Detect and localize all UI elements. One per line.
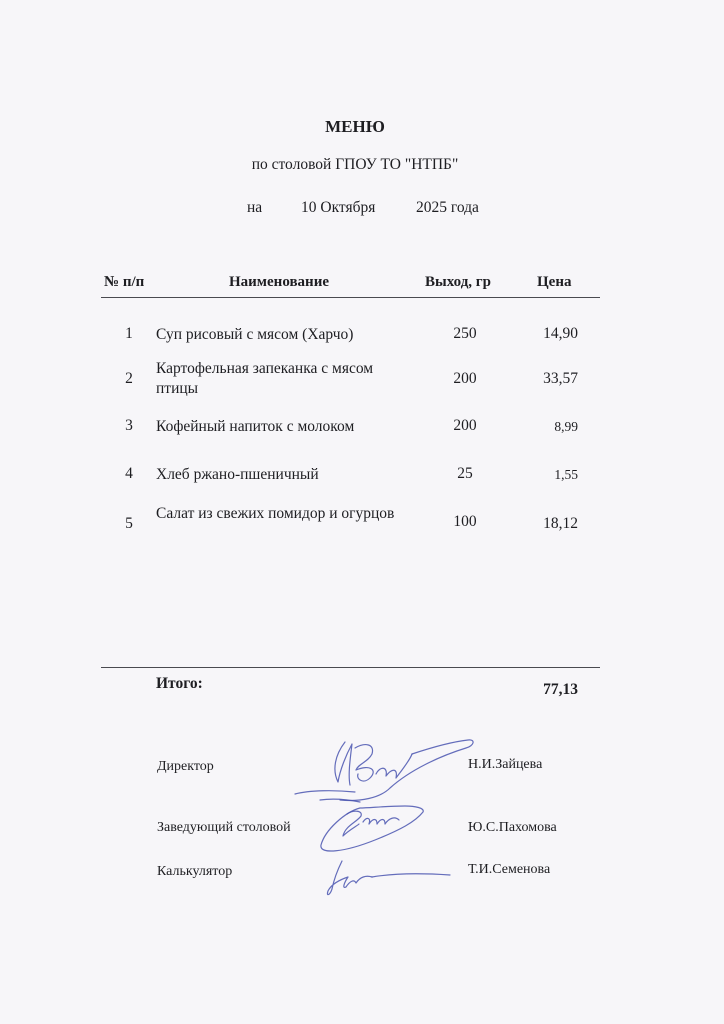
- total-divider: [101, 667, 600, 668]
- row-number: 1: [122, 325, 136, 343]
- row-number: 4: [122, 465, 136, 483]
- total-value: 77,13: [520, 681, 578, 699]
- row-price: 18,12: [520, 515, 578, 533]
- row-number: 3: [122, 417, 136, 435]
- document-subtitle: по столовой ГПОУ ТО "НТПБ": [0, 156, 710, 174]
- row-output: 250: [430, 325, 500, 343]
- row-name: Салат из свежих помидор и огурцов: [156, 504, 416, 524]
- calculator-signature-icon: [320, 855, 460, 900]
- row-name: Хлеб ржано-пшеничный: [156, 465, 416, 485]
- canteen-head-signature-icon: [315, 800, 455, 860]
- row-output: 200: [430, 417, 500, 435]
- date-prefix: на: [247, 199, 262, 217]
- header-number: № п/п: [104, 274, 144, 291]
- row-name: Кофейный напиток с молоком: [156, 417, 416, 437]
- signature-role: Директор: [157, 759, 214, 775]
- row-output: 200: [430, 370, 500, 388]
- date-day-month: 10 Октября: [301, 199, 375, 217]
- header-output: Выход, гр: [425, 274, 491, 291]
- row-price: 8,99: [520, 419, 578, 435]
- row-number: 5: [122, 515, 136, 533]
- document-title: МЕНЮ: [0, 117, 710, 137]
- header-name: Наименование: [229, 274, 329, 291]
- signature-role: Калькулятор: [157, 864, 232, 880]
- row-name: Суп рисовый с мясом (Харчо): [156, 325, 416, 345]
- row-price: 14,90: [520, 325, 578, 343]
- signature-role: Заведующий столовой: [157, 820, 291, 836]
- row-price: 1,55: [520, 467, 578, 483]
- row-number: 2: [122, 370, 136, 388]
- row-price: 33,57: [520, 370, 578, 388]
- row-output: 25: [430, 465, 500, 483]
- menu-document: МЕНЮ по столовой ГПОУ ТО "НТПБ" на 10 Ок…: [0, 0, 724, 1024]
- header-divider: [101, 297, 600, 298]
- row-output: 100: [430, 513, 500, 531]
- row-name: Картофельная запеканка с мясом птицы: [156, 359, 416, 399]
- header-price: Цена: [537, 274, 571, 291]
- date-year: 2025 года: [416, 199, 479, 217]
- signature-name: Ю.С.Пахомова: [468, 820, 557, 836]
- total-label: Итого:: [156, 675, 203, 693]
- signature-name: Т.И.Семенова: [468, 862, 550, 878]
